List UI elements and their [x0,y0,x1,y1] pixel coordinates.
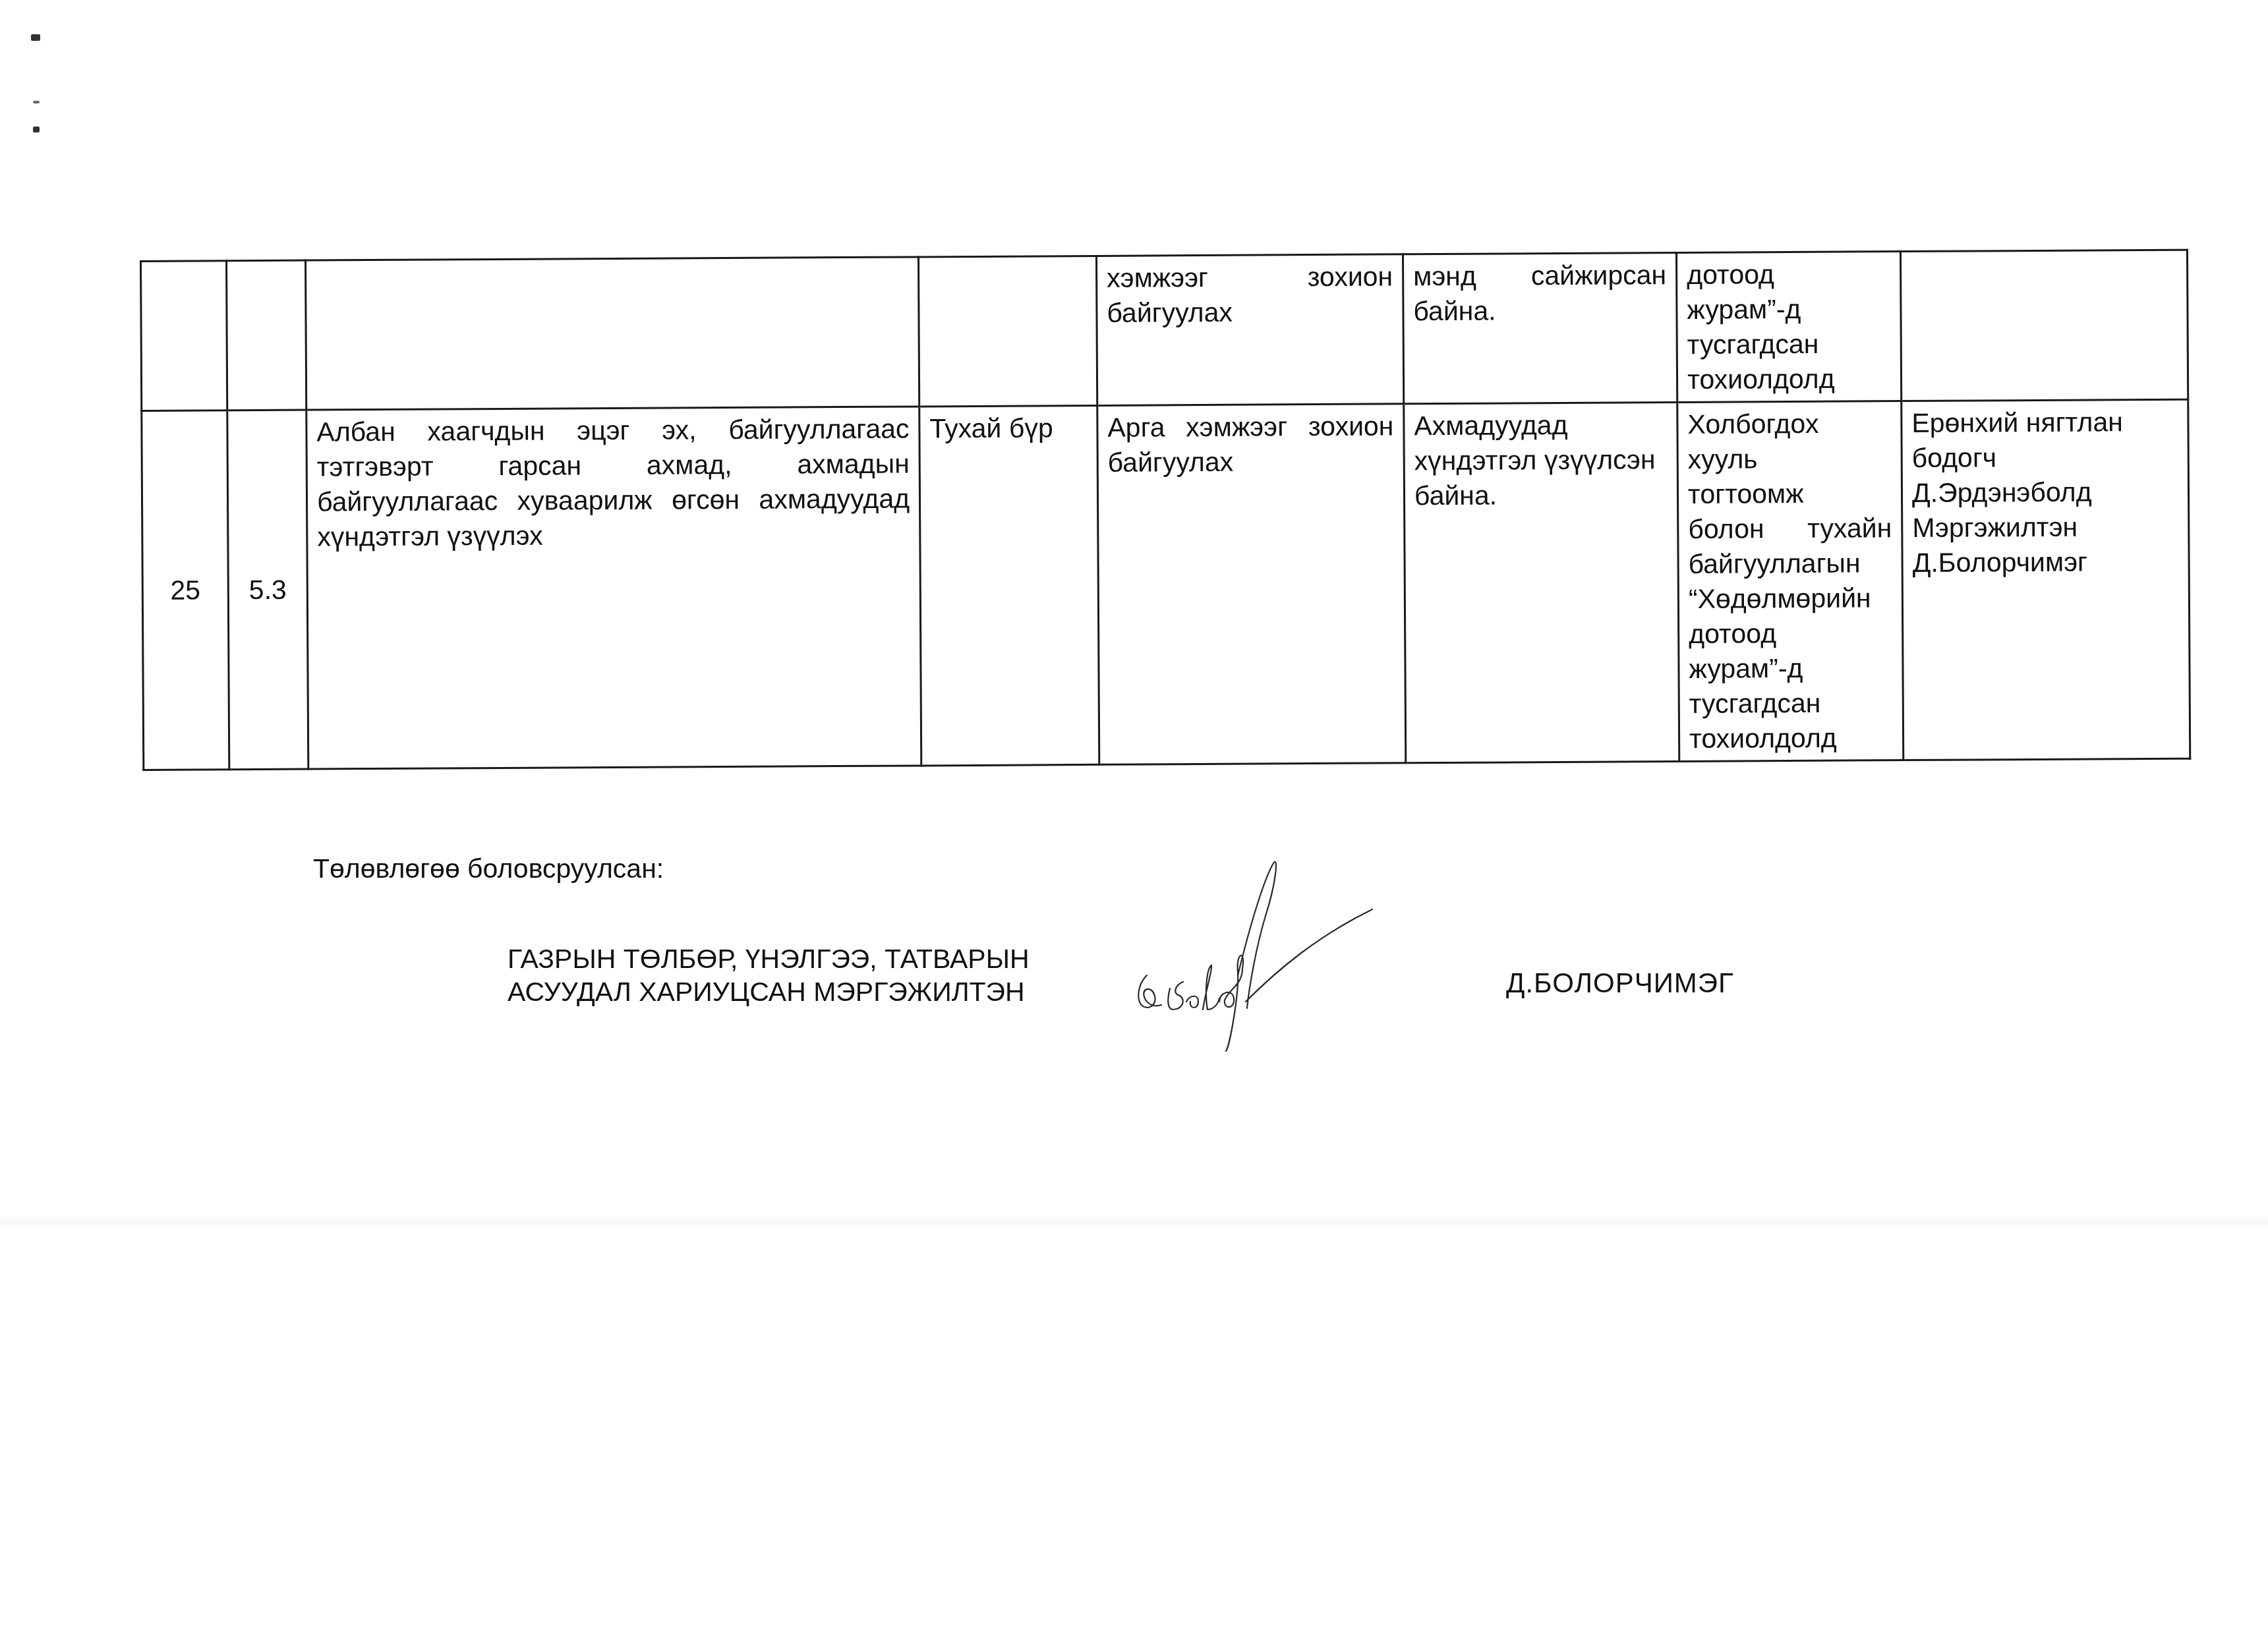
cell-responsible: Ерөнхий нягтлан бодогч Д.Эрдэнэболд Мэрг… [1902,399,2190,760]
responsible-line: Ерөнхий нягтлан [1911,405,2178,441]
basis-line: журам”-д [1689,650,1892,687]
basis-line: болон тухайн [1688,511,1892,547]
scan-artifact-mark [31,34,40,41]
cell-no [141,261,227,411]
cell-frequency: Тухай бүр [919,405,1099,765]
scan-artifact-mark [33,101,40,103]
basis-line: журам”-д [1687,291,1890,328]
cell-frequency [918,256,1097,407]
basis-line: Холбогдох [1687,406,1891,442]
cell-method: хэмжээг зохион байгуулах [1096,254,1403,406]
basis-line: дотоод [1687,256,1890,293]
responsible-line: Д.Эрдэнэболд [1912,474,2178,511]
basis-line: байгууллагын [1688,546,1892,582]
basis-line: хууль [1688,441,1892,477]
signatory-position: ГАЗРЫН ТӨЛБӨР, ҮНЭЛГЭЭ, ТАТВАРЫН АСУУДАЛ… [508,942,1030,1008]
cell-activity: Албан хаагчдын эцэг эх, байгууллагаас тэ… [306,407,921,769]
position-line-2: АСУУДАЛ ХАРИУЦСАН МЭРГЭЖИЛТЭН [508,975,1030,1008]
responsible-line: Д.Болорчимэг [1912,544,2178,581]
cell-outcome: Ахмадуудад хүндэтгэл үзүүлсэн байна. [1404,402,1679,762]
basis-line: тогтоомж [1688,476,1892,512]
basis-line: “Хөдөлмөрийн [1689,581,1892,617]
plan-table: хэмжээг зохион байгуулах мэнд сайжирсан … [140,249,2191,771]
prepared-by-label: Төлөвлөгөө боловсруулсан: [313,853,664,884]
position-line-1: ГАЗРЫН ТӨЛБӨР, ҮНЭЛГЭЭ, ТАТВАРЫН [508,942,1030,975]
scan-artifact-mark [33,127,40,132]
cell-activity [306,257,919,410]
cell-method: Арга хэмжээг зохион байгуулах [1097,404,1406,765]
responsible-line: бодогч [1912,440,2178,476]
cell-basis: дотоод журам”-д тусгагдсан тохиолдолд [1676,252,1901,403]
cell-responsible [1900,250,2188,401]
basis-line: тусгагдсан [1689,685,1893,722]
basis-line: тусгагдсан [1687,326,1891,362]
handwritten-signature-icon [1120,837,1410,1061]
cell-outcome: мэнд сайжирсан байна. [1403,252,1677,403]
cell-code: 5.3 [227,410,308,770]
basis-line: тохиолдолд [1689,720,1893,756]
table-row: хэмжээг зохион байгуулах мэнд сайжирсан … [141,250,2188,411]
cell-code [227,260,306,411]
cell-basis: Холбогдох хууль тогтоомж болон тухайн ба… [1677,401,1904,762]
cell-no: 25 [142,411,229,770]
basis-line: тохиолдолд [1687,361,1891,397]
signatory-name: Д.БОЛОРЧИМЭГ [1506,967,1734,999]
responsible-line: Мэргэжилтэн [1912,509,2178,546]
scan-fold-line [0,1216,2268,1229]
table-row: 25 5.3 Албан хаагчдын эцэг эх, байгуулла… [142,399,2190,770]
basis-line: дотоод [1689,615,1892,652]
